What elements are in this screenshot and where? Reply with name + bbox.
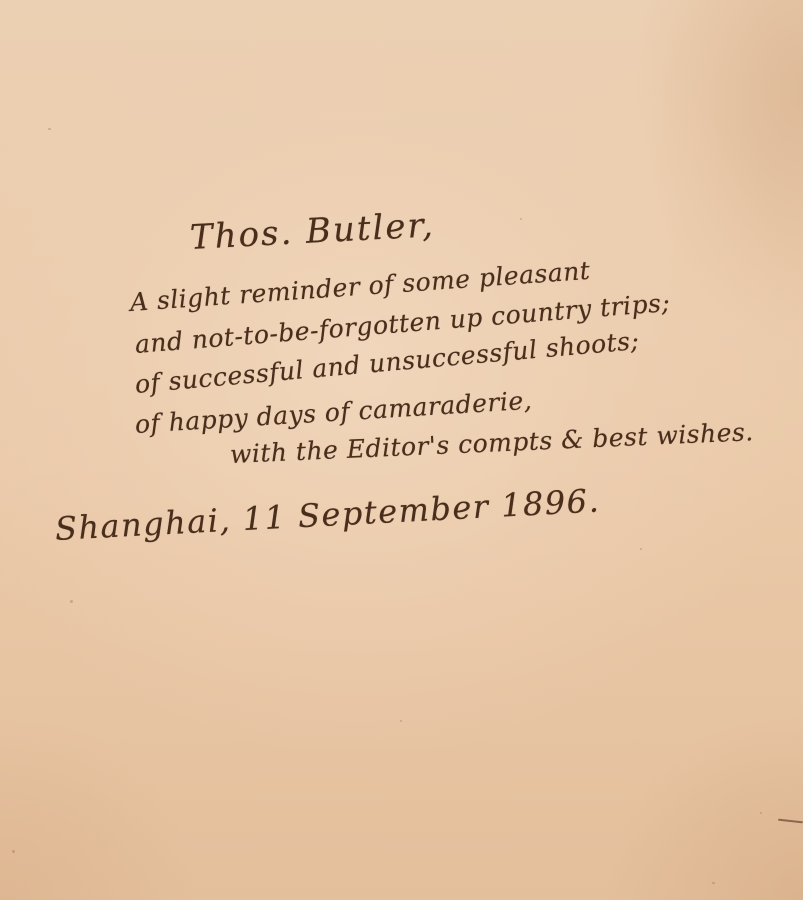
paper-speck: [48, 128, 51, 130]
place-and-date: Shanghai, 11 September 1896.: [54, 481, 601, 548]
paper-speck: [70, 600, 73, 603]
addressee-name: Thos. Butler,: [189, 205, 436, 258]
paper-speck: [640, 548, 642, 550]
paper-speck: [12, 850, 15, 853]
paper-speck: [760, 812, 762, 814]
paper-speck: [520, 218, 522, 220]
aged-paper-page: Thos. Butler, A slight reminder of some …: [0, 0, 803, 900]
ink-stray-mark: [778, 819, 803, 824]
paper-speck: [712, 882, 715, 884]
paper-speck: [400, 720, 402, 722]
